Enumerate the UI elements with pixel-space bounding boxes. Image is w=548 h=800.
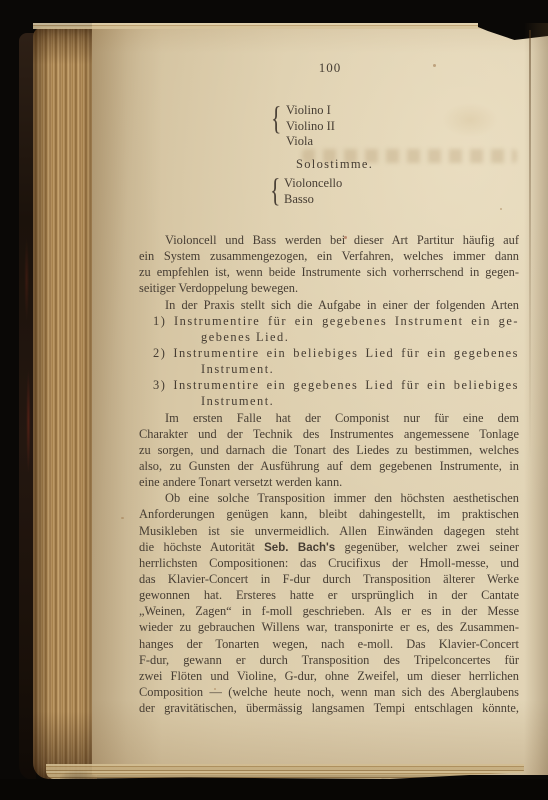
text-line: Musikleben ist sie unvermeidlich. Allen … (139, 523, 519, 539)
text-line: Composition — (welche heute noch, wenn m… (139, 684, 519, 700)
instrument-basso: Basso (284, 192, 314, 207)
text-line: der gravitätischen, übermässig langsamen… (139, 700, 519, 716)
text-line: 2) Instrumentire ein beliebiges Lied für… (139, 345, 519, 361)
text-line: 1) Instrumentire für ein gegebenes Instr… (139, 313, 519, 329)
text-line: gewonnen hat. Ersteres hatte er ursprüng… (139, 587, 519, 603)
text-line: wieder zu gebrauchen Willens war, transp… (139, 619, 519, 635)
text-line: zu sorgen, und darnach die Tonart des Li… (139, 442, 519, 458)
text-line: Ob eine solche Transposition immer den h… (139, 490, 519, 506)
text-line: Violoncell und Bass werden bei dieser Ar… (139, 232, 519, 248)
text-line: hanges der Tonarten wegen, nach e-moll. … (139, 636, 519, 652)
text-line: ein System zusammengezogen, ein Verfahre… (139, 248, 519, 264)
foxing-speck (121, 517, 124, 519)
brace-icon: { (270, 174, 280, 210)
text-line: Im ersten Falle hat der Componist nur fü… (139, 410, 519, 426)
foxing-speck (500, 208, 502, 210)
body-text: Violoncell und Bass werden bei dieser Ar… (139, 232, 519, 716)
right-page-shadow (524, 23, 548, 775)
brace-icon: { (271, 102, 281, 138)
page-block-edge (33, 27, 97, 779)
background-bottom (0, 779, 548, 800)
text-line: „Weinen, Zagen“ in f-moll geschrieben. A… (139, 603, 519, 619)
instrument-violoncello: Violoncello (284, 176, 342, 191)
text-line: Anforderungen genügen kann, bleibt dahin… (139, 506, 519, 522)
text-line: eine andere Tonart versetzt werden kann. (139, 474, 519, 490)
bold-name: Seb. Bach's (264, 542, 335, 554)
text-line: die höchste Autorität Seb. Bach's gegenü… (139, 539, 519, 555)
book-photo: 100 { Violino I Violino II Viola Solosti… (0, 0, 548, 800)
text-segment: gegenüber, welcher zwei seiner (335, 540, 519, 554)
page-number: 100 (140, 60, 520, 76)
solo-voice-label: Solostimme. (296, 157, 373, 172)
text-line: Charakter und der Technik des Instrument… (139, 426, 519, 442)
text-line: 3) Instrumentire ein gegebenes Lied für … (139, 377, 519, 393)
text-line: also, zu Gunsten der Ausführung auf dem … (139, 458, 519, 474)
text-line: zwei Flöten und Violine, G-dur, ohne Zwe… (139, 668, 519, 684)
text-line: das Klavier-Concert in F-dur durch Trans… (139, 571, 519, 587)
text-line: gebenes Lied. (139, 329, 519, 345)
text-line: seitiger Verdoppelung bewegen. (139, 280, 519, 296)
top-page-edge (33, 23, 538, 29)
text-line: In der Praxis stellt sich die Aufgabe in… (139, 297, 519, 313)
text-line: zu empfehlen ist, wenn beide Instrumente… (139, 264, 519, 280)
text-line: herrlichsten Compositionen: das Crucifix… (139, 555, 519, 571)
instrument-viola: Viola (286, 134, 313, 149)
instrument-violino1: Violino I (286, 103, 331, 118)
text-line: Instrument. (139, 361, 519, 377)
instrumentation-list: { Violino I Violino II Viola Solostimme.… (270, 100, 500, 218)
page-crease (529, 30, 531, 460)
instrument-violino2: Violino II (286, 119, 335, 134)
text-segment: die höchste Autorität (139, 540, 264, 554)
text-line: Instrument. (139, 393, 519, 409)
text-line: F-dur, gewann er durch Transposition des… (139, 652, 519, 668)
